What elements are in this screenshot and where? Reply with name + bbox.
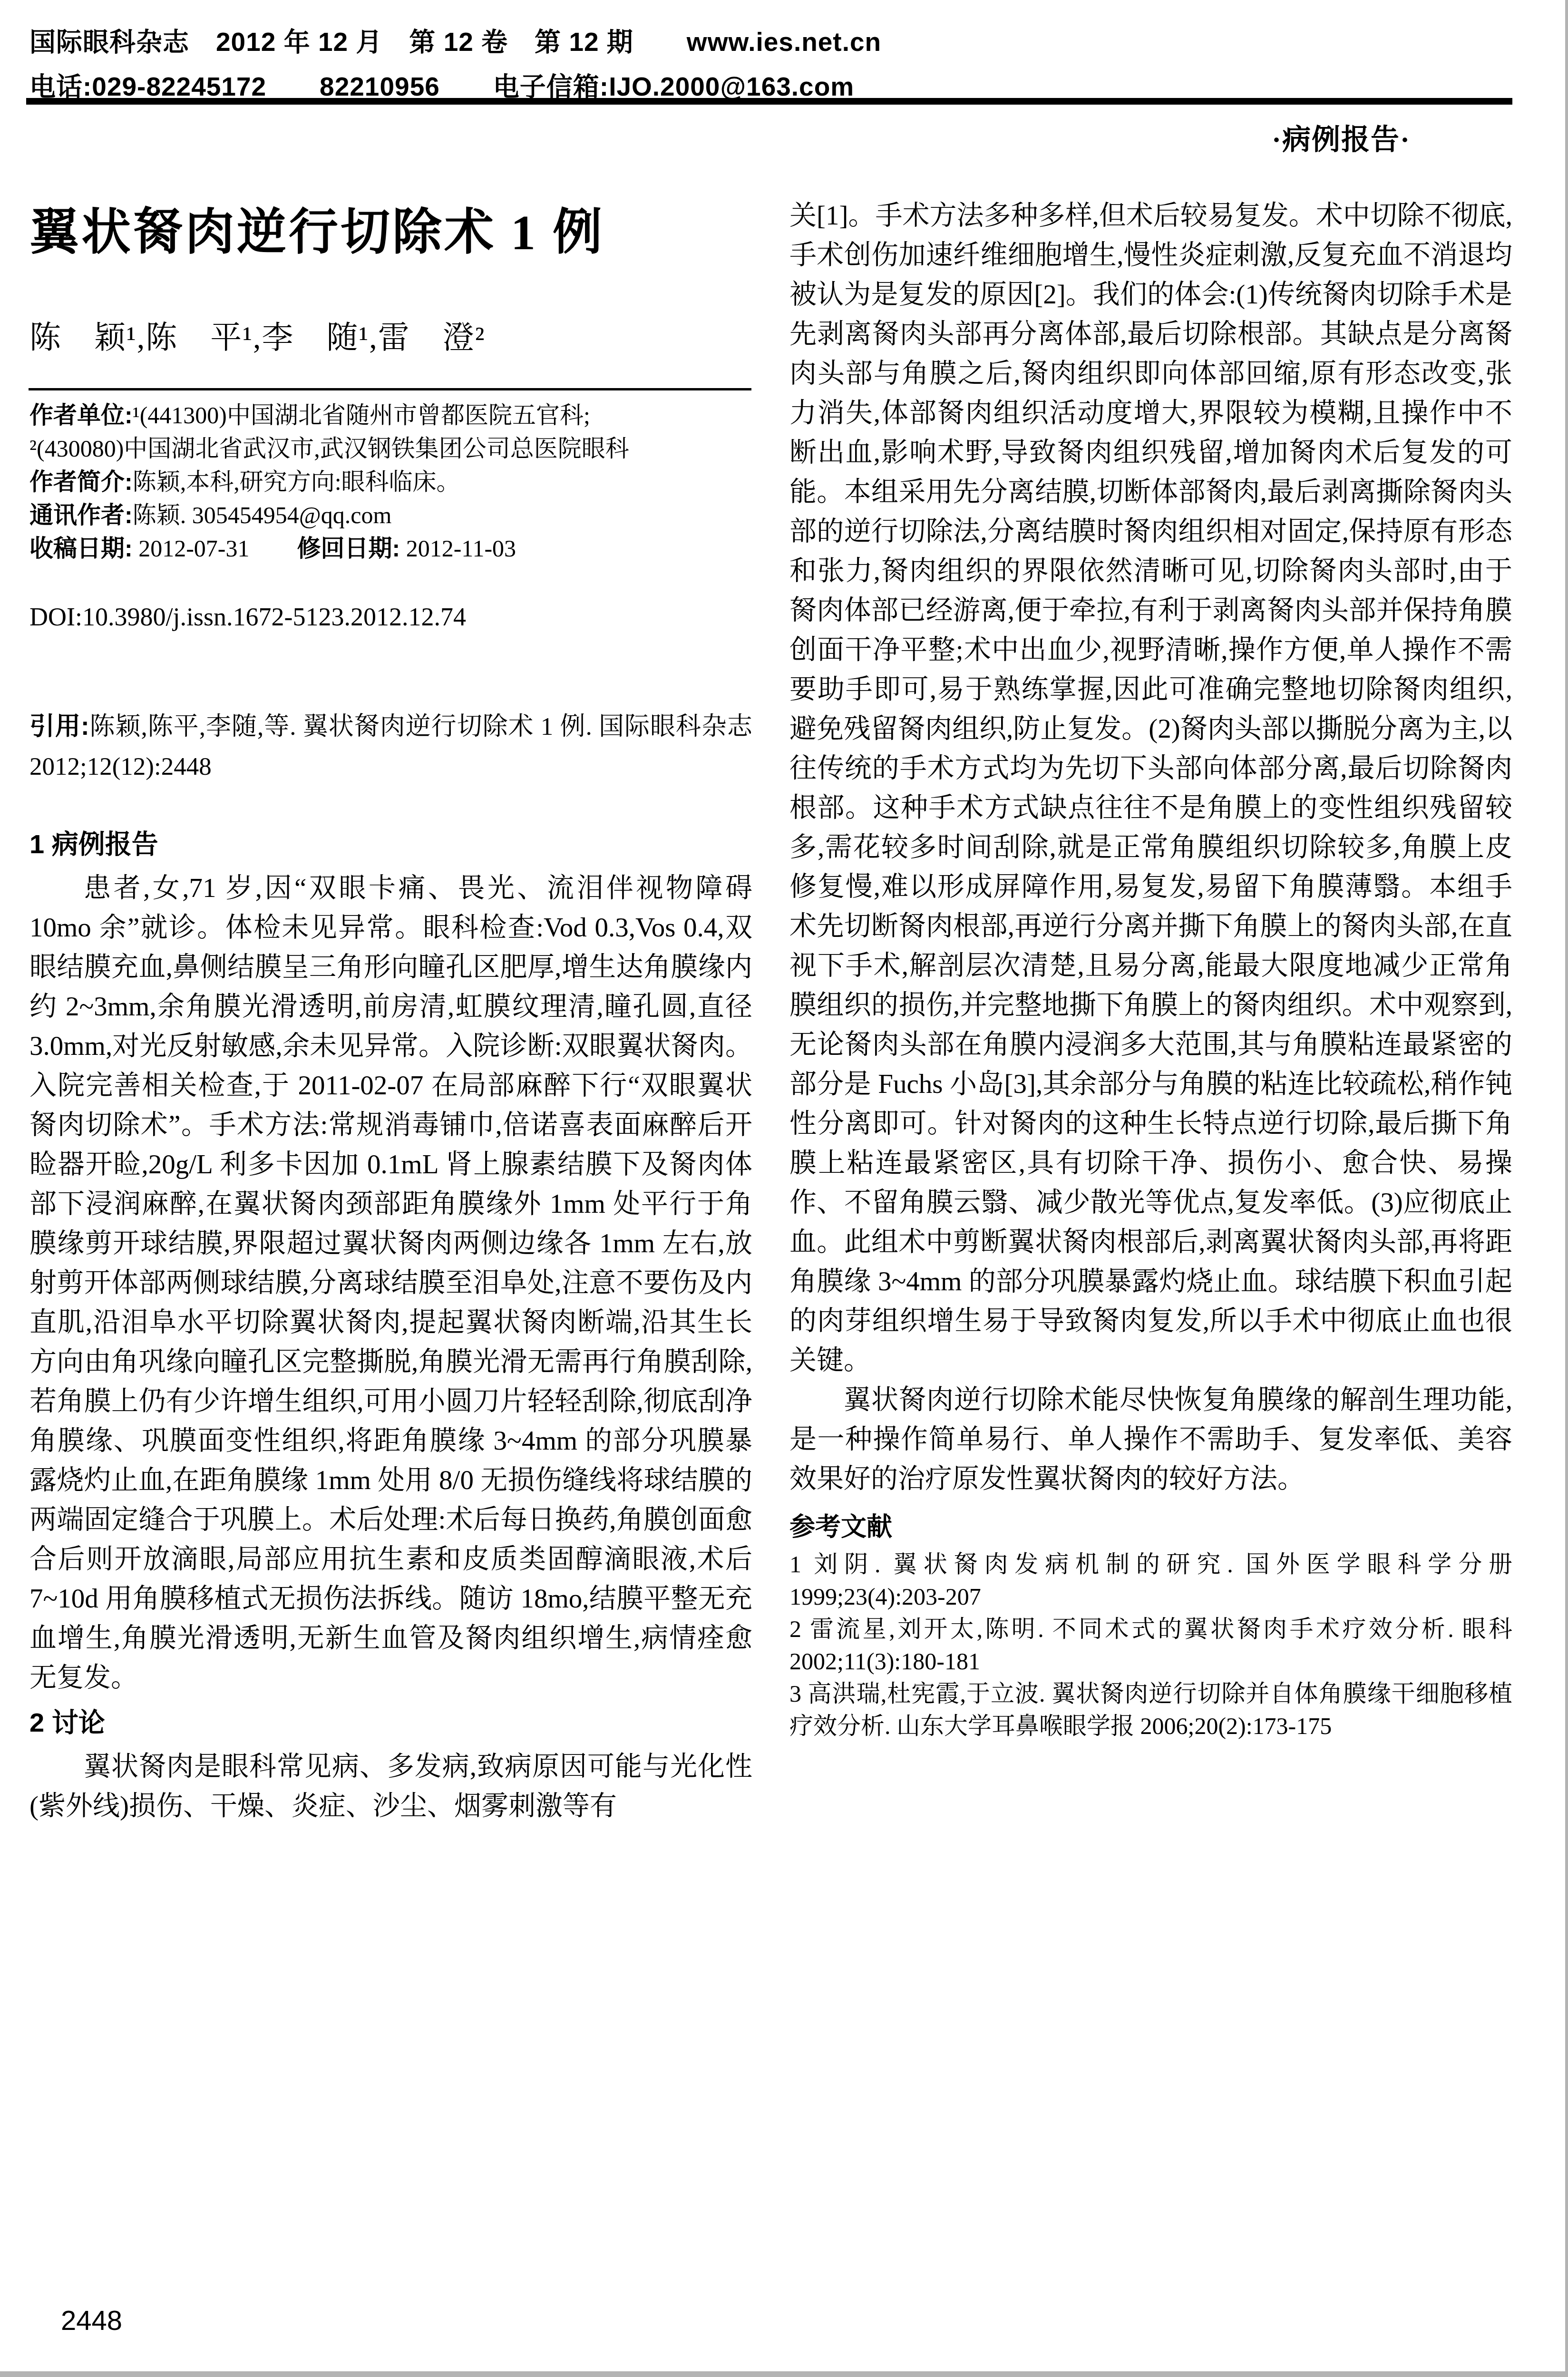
journal-header-line: 国际眼科杂志 2012 年 12 月 第 12 卷 第 12 期 www.ies… (29, 21, 881, 58)
citation-label: 引用: (29, 712, 89, 740)
corresponding-label: 通讯作者: (29, 502, 133, 528)
footnote-corresponding: 通讯作者:陈颖. 305454954@qq.com (29, 498, 752, 532)
revised-label: 修回日期: (297, 535, 400, 562)
footnote-rule (29, 388, 751, 390)
doi-line: DOI:10.3980/j.issn.1672-5123.2012.12.74 (29, 602, 466, 632)
right-column: 关[1]。手术方法多种多样,但术后较易复发。术中切除不彻底,手术创伤加速纤维细胞… (789, 196, 1512, 1742)
conclusion-paragraph: 翼状胬肉逆行切除术能尽快恢复角膜缘的解剖生理功能,是一种操作简单易行、单人操作不… (789, 1380, 1512, 1499)
article-title: 翼状胬肉逆行切除术 1 例 (29, 192, 604, 263)
affiliation-label: 作者单位: (29, 402, 133, 429)
section-2-paragraph-left: 翼状胬肉是眼科常见病、多发病,致病原因可能与光化性(紫外线)损伤、干燥、炎症、沙… (29, 1747, 752, 1826)
reference-item: 1 刘阴. 翼状胬肉发病机制的研究. 国外医学眼科学分册 1999;23(4):… (789, 1548, 1512, 1613)
section-2-paragraph-right: 关[1]。手术方法多种多样,但术后较易复发。术中切除不彻底,手术创伤加速纤维细胞… (789, 196, 1512, 1380)
citation-text: 陈颖,陈平,李随,等. 翼状胬肉逆行切除术 1 例. 国际眼科杂志 2012;1… (29, 713, 752, 780)
corresponding-text: 陈颖. 305454954@qq.com (133, 502, 392, 528)
section-1-paragraph: 患者,女,71 岁,因“双眼卡痛、畏光、流泪伴视物障碍 10mo 余”就诊。体检… (29, 868, 752, 1697)
reference-item: 2 雷流星,刘开太,陈明. 不同术式的翼状胬肉手术疗效分析. 眼科 2002;1… (789, 1613, 1512, 1677)
section-2-heading: 2 讨论 (29, 1706, 752, 1739)
header-rule (26, 98, 1512, 105)
citation-block: 引用:陈颖,陈平,李随,等. 翼状胬肉逆行切除术 1 例. 国际眼科杂志 201… (29, 707, 752, 787)
received-label: 收稿日期: (29, 535, 133, 562)
scan-edge-right (1565, 0, 1568, 2377)
revised-text: 2012-11-03 (400, 535, 516, 562)
article-authors: 陈 颖¹,陈 平¹,李 随¹,雷 澄² (29, 312, 486, 357)
journal-page: 国际眼科杂志 2012 年 12 月 第 12 卷 第 12 期 www.ies… (0, 0, 1568, 2377)
scan-edge-bottom (0, 2371, 1568, 2377)
section-1-heading: 1 病例报告 (29, 828, 752, 861)
bio-text: 陈颖,本科,研究方向:眼科临床。 (133, 468, 460, 495)
footnote-affiliation: 作者单位:¹(441300)中国湖北省随州市曾都医院五官科; (29, 399, 752, 432)
footnote-dates: 收稿日期: 2012-07-31 修回日期: 2012-11-03 (29, 532, 752, 565)
bio-label: 作者简介: (29, 468, 133, 495)
references-heading: 参考文献 (789, 1512, 1512, 1542)
section-badge: ·病例报告· (1217, 117, 1465, 158)
footnote-block: 作者单位:¹(441300)中国湖北省随州市曾都医院五官科; ²(430080)… (29, 399, 752, 565)
page-number: 2448 (61, 2305, 122, 2337)
affiliation-text: ¹(441300)中国湖北省随州市曾都医院五官科; (133, 402, 590, 429)
reference-item: 3 高洪瑞,杜宪霞,于立波. 翼状胬肉逆行切除并自体角膜缘干细胞移植疗效分析. … (789, 1677, 1512, 1742)
left-column: 1 病例报告 患者,女,71 岁,因“双眼卡痛、畏光、流泪伴视物障碍 10mo … (29, 828, 752, 1826)
footnote-bio: 作者简介:陈颖,本科,研究方向:眼科临床。 (29, 465, 752, 498)
received-text: 2012-07-31 (133, 535, 297, 562)
footnote-affiliation-2: ²(430080)中国湖北省武汉市,武汉钢铁集团公司总医院眼科 (29, 432, 752, 465)
